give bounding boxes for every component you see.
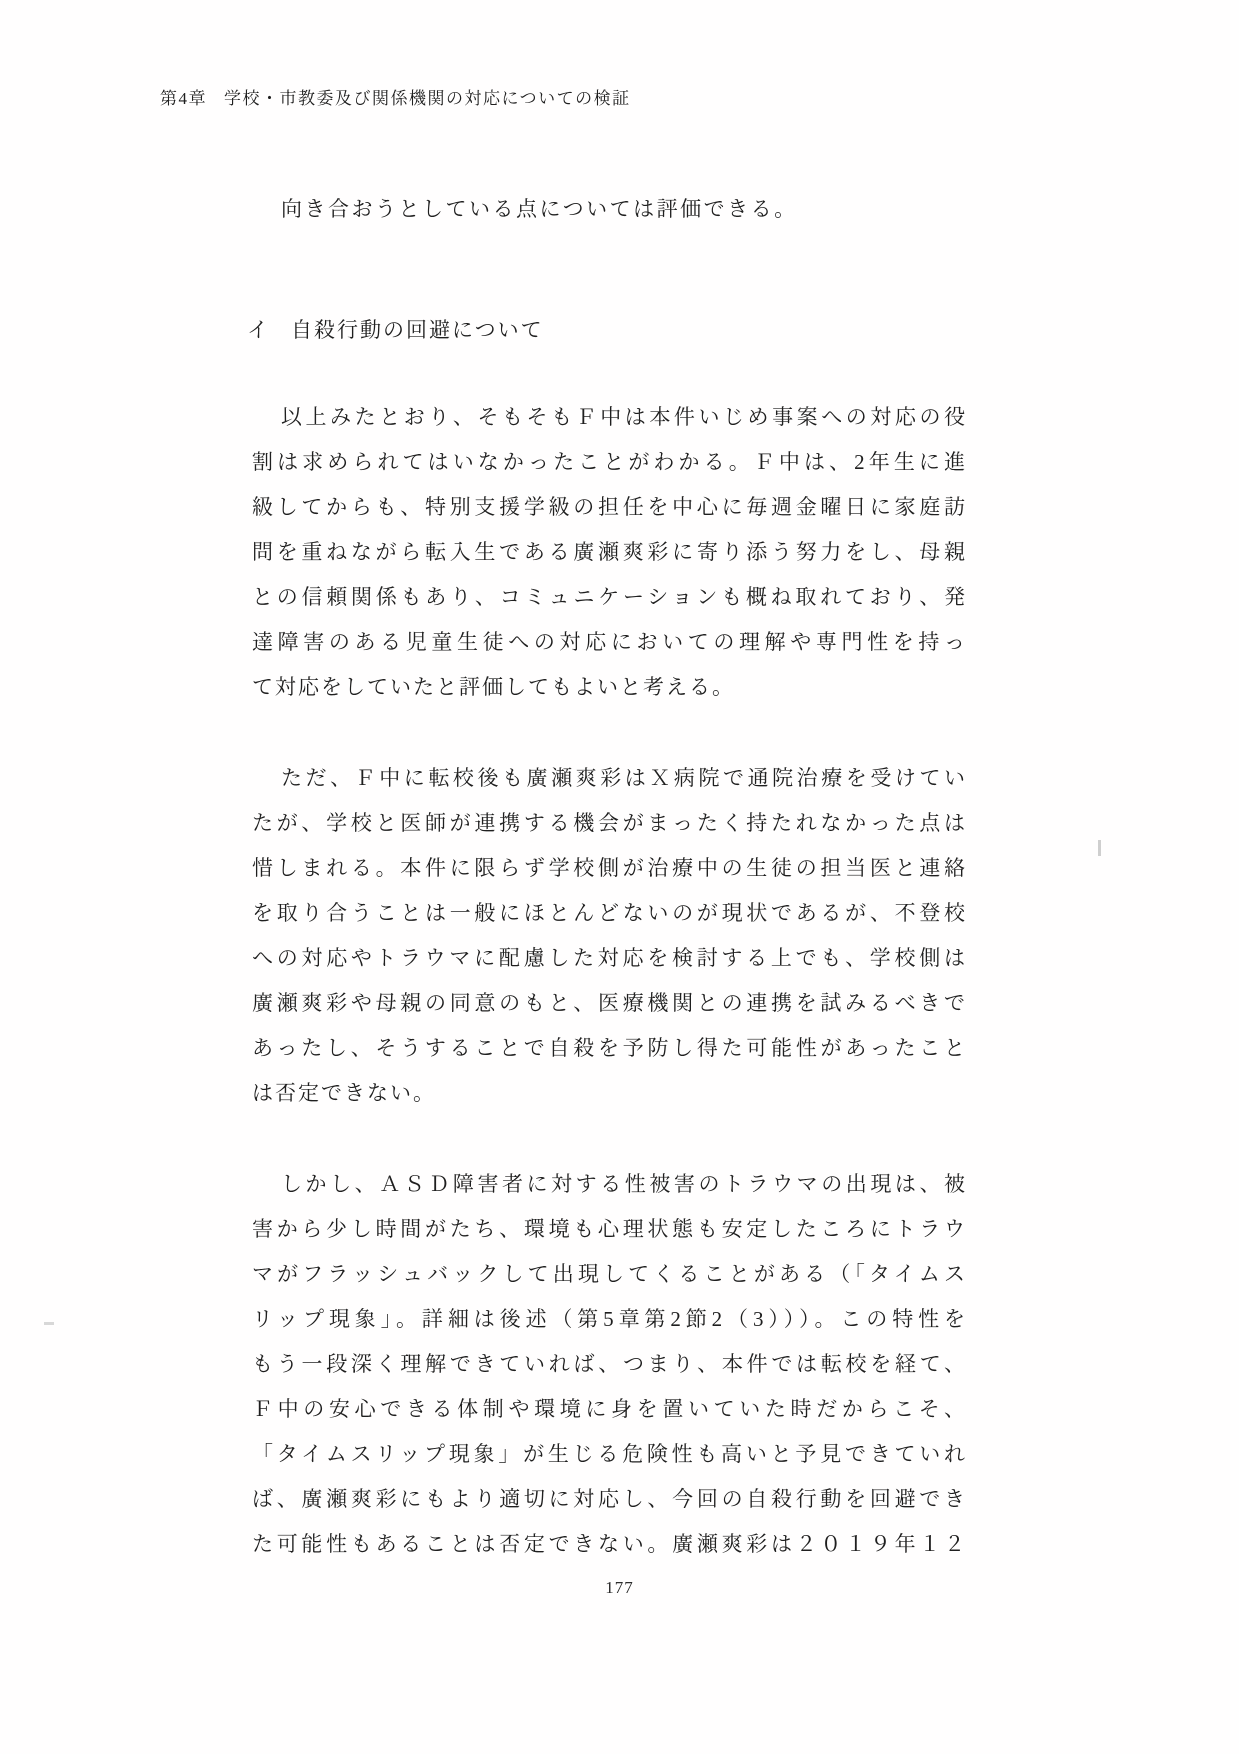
text-line: あったし、そうすることで自殺を予防し得た可能性があったこと bbox=[252, 1026, 966, 1071]
text-line: 害から少し時間がたち、環境も心理状態も安定したころにトラウ bbox=[252, 1207, 966, 1252]
text-line: 廣瀬爽彩や母親の同意のもと、医療機関との連携を試みるべきで bbox=[252, 981, 966, 1026]
text-line: て対応をしていたと評価してもよいと考える。 bbox=[252, 665, 966, 710]
text-line: 惜しまれる。本件に限らず学校側が治療中の生徒の担当医と連絡 bbox=[252, 846, 966, 891]
chapter-title: 学校・市教委及び関係機関の対応についての検証 bbox=[224, 89, 631, 108]
paragraph: しかし、ＡＳＤ障害者に対する性被害のトラウマの出現は、被害から少し時間がたち、環… bbox=[252, 1162, 966, 1567]
paragraphs-container: 以上みたとおり、そもそもＦ中は本件いじめ事案への対応の役割は求められてはいなかっ… bbox=[252, 395, 966, 1567]
text-line: 割は求められてはいなかったことがわかる。Ｆ中は、2年生に進 bbox=[252, 440, 966, 485]
paragraph: ただ、Ｆ中に転校後も廣瀬爽彩はＸ病院で通院治療を受けていたが、学校と医師が連携す… bbox=[252, 756, 966, 1116]
chapter-label: 第4章 bbox=[160, 89, 207, 108]
text-column: 向き合おうとしている点については評価できる。 イ自殺行動の回避について 以上みた… bbox=[252, 187, 966, 1567]
scan-artifact bbox=[1098, 840, 1101, 856]
text-line: もう一段深く理解できていれば、つまり、本件では転校を経て、 bbox=[252, 1342, 966, 1387]
document-page: 第4章学校・市教委及び関係機関の対応についての検証 向き合おうとしている点につい… bbox=[0, 0, 1239, 1754]
text-line: ば、廣瀬爽彩にもより適切に対応し、今回の自殺行動を回避でき bbox=[252, 1477, 966, 1522]
text-line: Ｆ中の安心できる体制や環境に身を置いていた時だからこそ、 bbox=[252, 1387, 966, 1432]
text-line: は否定できない。 bbox=[252, 1071, 966, 1116]
text-line: 達障害のある児童生徒への対応においての理解や専門性を持っ bbox=[252, 620, 966, 665]
text-line: リップ現象」。詳細は後述（第5章第2節2（3）））。この特性を bbox=[252, 1297, 966, 1342]
carryover-line: 向き合おうとしている点については評価できる。 bbox=[252, 187, 966, 232]
text-line: への対応やトラウマに配慮した対応を検討する上でも、学校側は bbox=[252, 936, 966, 981]
section-marker: イ bbox=[247, 308, 291, 353]
text-line: 級してからも、特別支援学級の担任を中心に毎週金曜日に家庭訪 bbox=[252, 485, 966, 530]
page-number: 177 bbox=[0, 1578, 1239, 1598]
text-line: たが、学校と医師が連携する機会がまったく持たれなかった点は bbox=[252, 801, 966, 846]
text-line: 以上みたとおり、そもそもＦ中は本件いじめ事案への対応の役 bbox=[252, 395, 966, 440]
text-line: マがフラッシュバックして出現してくることがある（「タイムス bbox=[252, 1252, 966, 1297]
section-heading: イ自殺行動の回避について bbox=[247, 308, 966, 353]
text-line: た可能性もあることは否定できない。廣瀬爽彩は２０１９年１２ bbox=[252, 1522, 966, 1567]
text-line: 問を重ねながら転入生である廣瀬爽彩に寄り添う努力をし、母親 bbox=[252, 530, 966, 575]
text-line: しかし、ＡＳＤ障害者に対する性被害のトラウマの出現は、被 bbox=[252, 1162, 966, 1207]
section-title: 自殺行動の回避について bbox=[291, 318, 544, 342]
text-line: を取り合うことは一般にほとんどないのが現状であるが、不登校 bbox=[252, 891, 966, 936]
paragraph: 以上みたとおり、そもそもＦ中は本件いじめ事案への対応の役割は求められてはいなかっ… bbox=[252, 395, 966, 710]
page-header: 第4章学校・市教委及び関係機関の対応についての検証 bbox=[160, 84, 631, 109]
scan-artifact bbox=[44, 1322, 54, 1325]
text-line: ただ、Ｆ中に転校後も廣瀬爽彩はＸ病院で通院治療を受けてい bbox=[252, 756, 966, 801]
text-line: 「タイムスリップ現象」が生じる危険性も高いと予見できていれ bbox=[252, 1432, 966, 1477]
text-line: との信頼関係もあり、コミュニケーションも概ね取れており、発 bbox=[252, 575, 966, 620]
